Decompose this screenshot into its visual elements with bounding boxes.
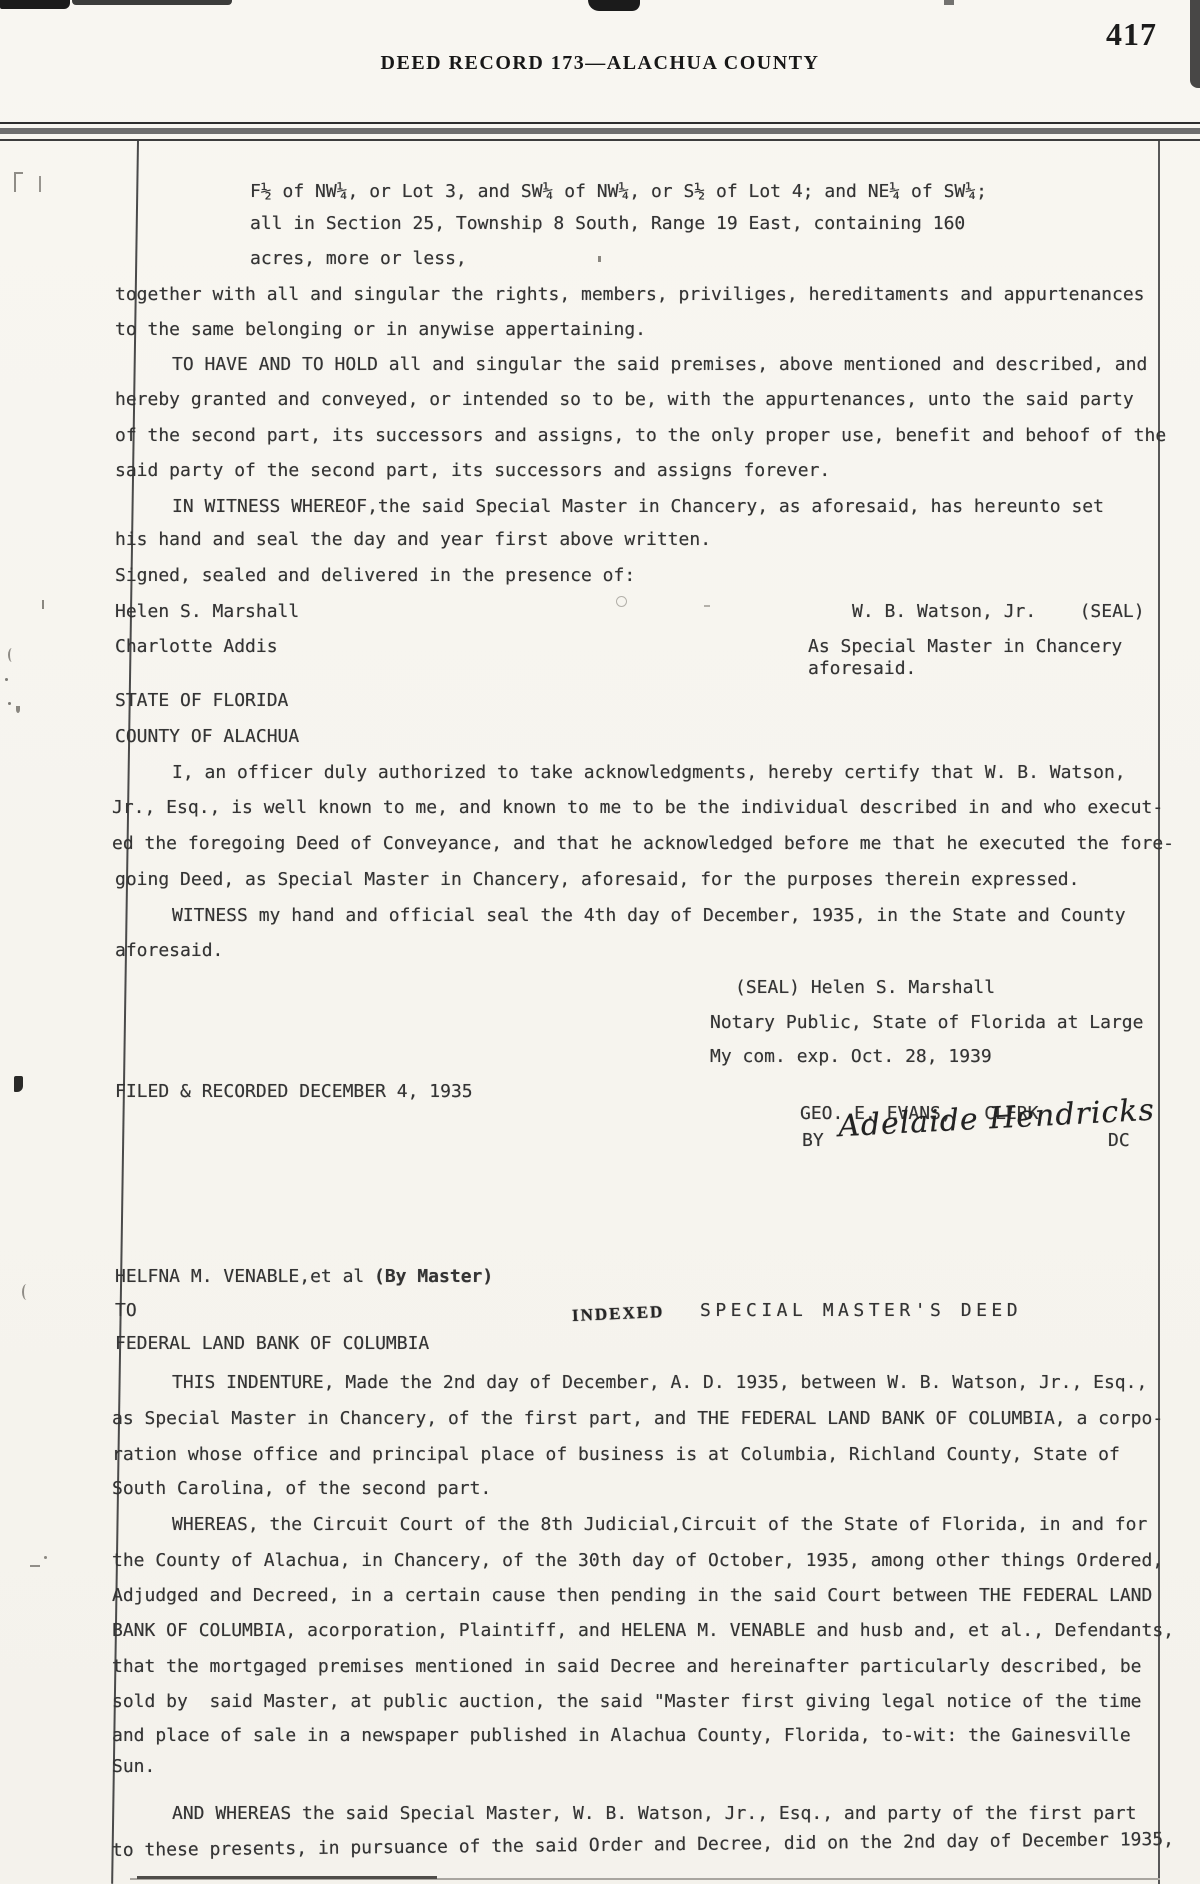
text-line: WHEREAS, the Circuit Court of the 8th Ju… (172, 1514, 1147, 1536)
text-line: F½ of NW¼, or Lot 3, and SW¼ of NW¼, or … (250, 181, 987, 203)
text-line: the County of Alachua, in Chancery, of t… (112, 1550, 1163, 1572)
text-line: his hand and seal the day and year first… (115, 529, 711, 551)
text-line: Charlotte Addis (115, 636, 278, 658)
text-line: I, an officer duly authorized to take ac… (172, 762, 1126, 784)
text-line: ration whose office and principal place … (112, 1444, 1120, 1466)
text-line: said party of the second part, its succe… (115, 460, 830, 482)
indexed-stamp: INDEXED (572, 1301, 665, 1327)
text-line: SPECIAL MASTER'S DEED (700, 1300, 1022, 1322)
text-line: My com. exp. Oct. 28, 1939 (710, 1046, 992, 1068)
text-line: IN WITNESS WHEREOF,the said Special Mast… (172, 496, 1104, 518)
text-line: BANK OF COLUMBIA, acorporation, Plaintif… (112, 1620, 1174, 1642)
text-line: and place of sale in a newspaper publish… (112, 1725, 1131, 1747)
text-line: all in Section 25, Township 8 South, Ran… (250, 213, 965, 235)
text-line: going Deed, as Special Master in Chancer… (115, 869, 1080, 891)
text-line: WITNESS my hand and official seal the 4t… (172, 905, 1126, 927)
text-line: STATE OF FLORIDA (115, 690, 288, 712)
text-line: Signed, sealed and delivered in the pres… (115, 565, 635, 587)
text-line: AND WHEREAS the said Special Master, W. … (172, 1803, 1137, 1825)
text-line: Helen S. Marshall (115, 601, 299, 623)
text-line: to the same belonging or in anywise appe… (115, 319, 646, 341)
text-line: together with all and singular the right… (115, 284, 1145, 306)
text-line: FEDERAL LAND BANK OF COLUMBIA (115, 1333, 429, 1355)
text-line: South Carolina, of the second part. (112, 1478, 491, 1500)
text-line: TO HAVE AND TO HOLD all and singular the… (172, 354, 1147, 376)
text-line: TO (115, 1300, 137, 1322)
text-line: As Special Master in Chancery (808, 636, 1122, 658)
text-lines: F½ of NW¼, or Lot 3, and SW¼ of NW¼, or … (0, 0, 1200, 1884)
text-line: BY (802, 1130, 824, 1152)
text-line: HELFNA M. VENABLE,et al (115, 1266, 375, 1288)
text-line: Adjudged and Decreed, in a certain cause… (112, 1585, 1152, 1607)
text-line: Jr., Esq., is well known to me, and know… (112, 797, 1163, 819)
text-line: (SEAL) Helen S. Marshall (735, 977, 995, 999)
text-line: sold by said Master, at public auction, … (112, 1691, 1142, 1713)
text-line: that the mortgaged premises mentioned in… (112, 1656, 1142, 1678)
text-line: THIS INDENTURE, Made the 2nd day of Dece… (172, 1372, 1147, 1394)
deed-record-page: 417 DEED RECORD 173—ALACHUA COUNTY F½ of… (0, 0, 1200, 1884)
text-line: (By Master) (374, 1266, 493, 1288)
text-line: Sun. (112, 1756, 155, 1778)
text-line: Notary Public, State of Florida at Large (710, 1012, 1143, 1034)
text-line: FILED & RECORDED DECEMBER 4, 1935 (115, 1081, 473, 1103)
text-line: acres, more or less, (250, 248, 467, 270)
text-line: hereby granted and conveyed, or intended… (115, 389, 1134, 411)
text-line: as Special Master in Chancery, of the fi… (112, 1408, 1163, 1430)
text-line: aforesaid. (808, 658, 916, 680)
text-line: to these presents, in pursuance of the s… (112, 1829, 1174, 1862)
text-line: COUNTY OF ALACHUA (115, 726, 299, 748)
text-line: aforesaid. (115, 940, 223, 962)
text-line: of the second part, its successors and a… (115, 425, 1166, 447)
text-line: W. B. Watson, Jr. (SEAL) (852, 601, 1145, 623)
text-line: DC (1108, 1130, 1130, 1152)
text-line: ed the foregoing Deed of Conveyance, and… (112, 833, 1174, 855)
